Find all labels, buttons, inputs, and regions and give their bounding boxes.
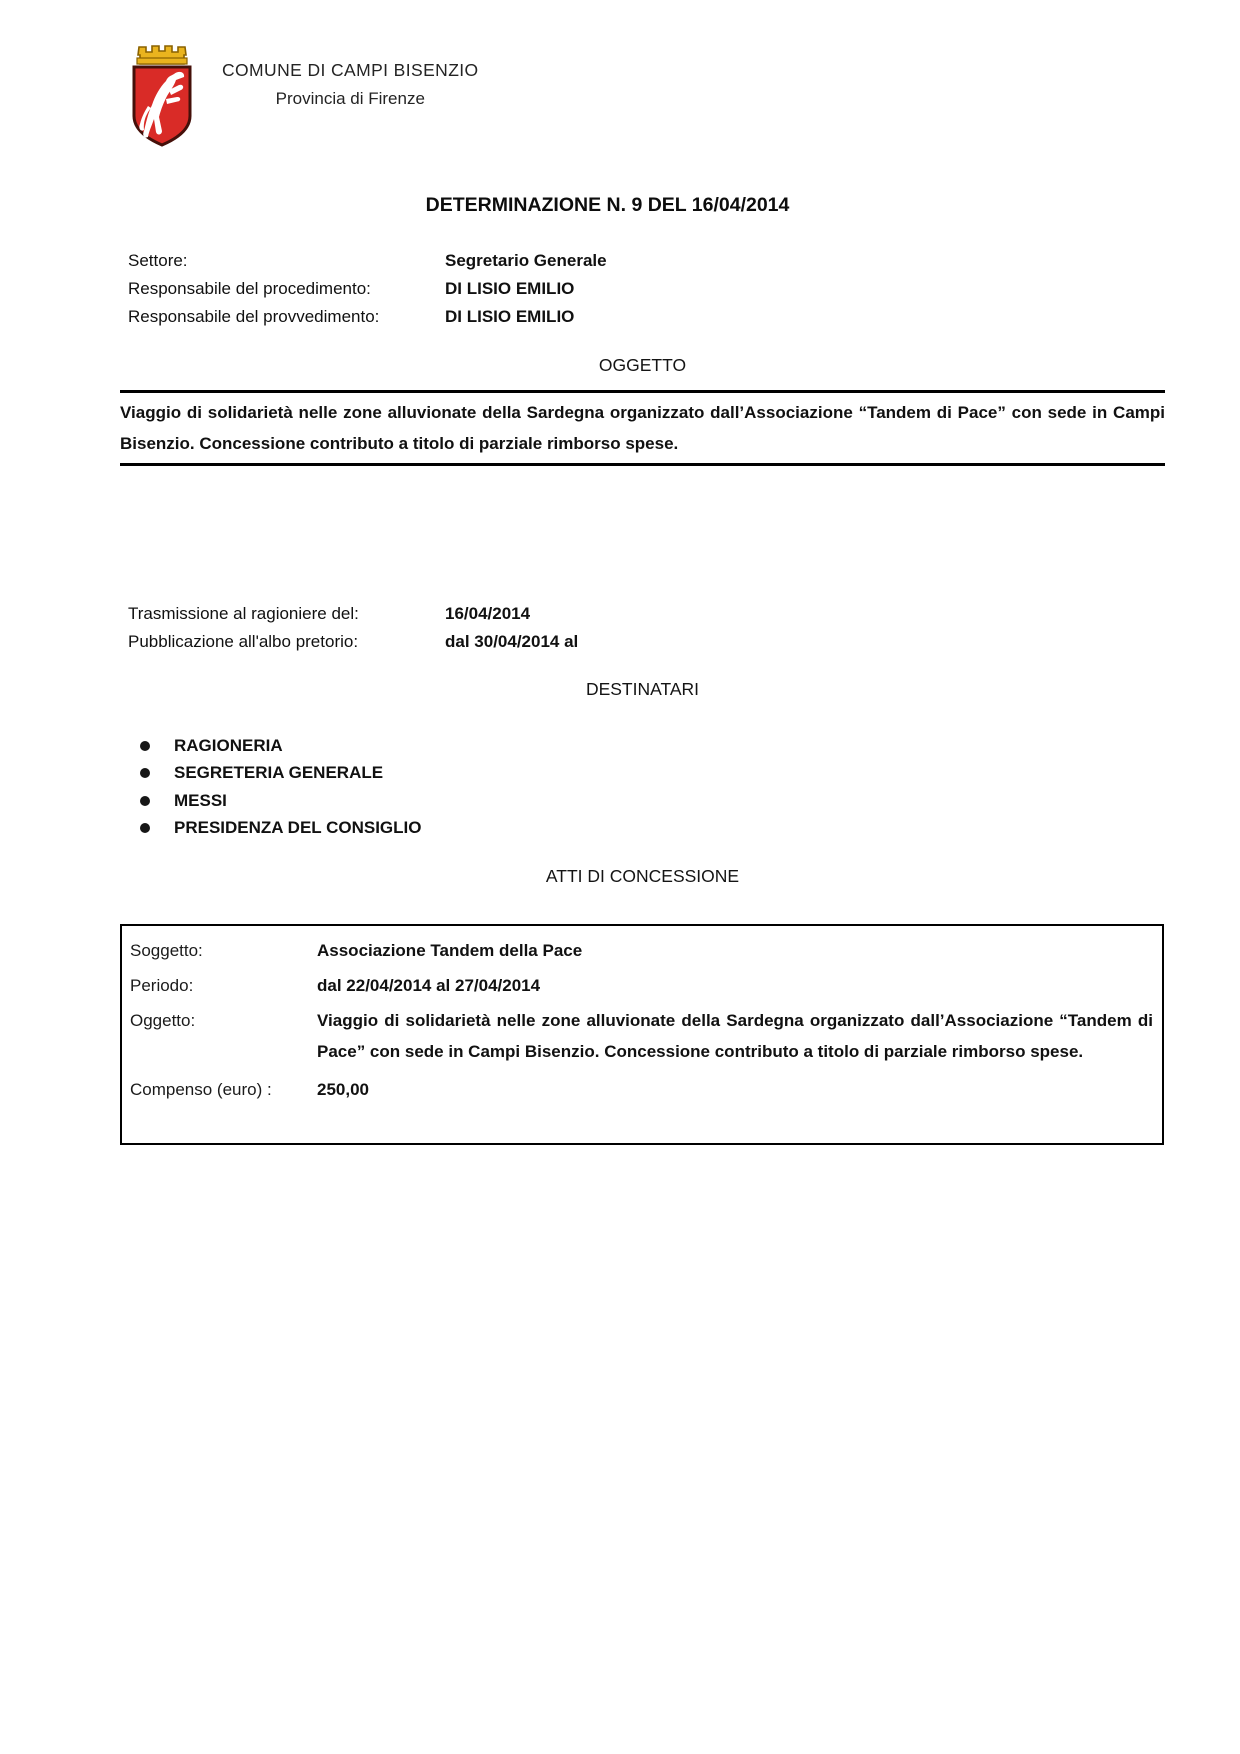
- field-label: Responsabile del procedimento:: [128, 275, 445, 303]
- table-row-value: 250,00: [317, 1078, 1153, 1102]
- field-row-resp-provvedimento: Responsabile del provvedimento: DI LISIO…: [128, 303, 607, 331]
- bullet-icon: [140, 823, 150, 833]
- field-value: DI LISIO EMILIO: [445, 303, 574, 331]
- org-subtitle: Provincia di Firenze: [222, 89, 479, 109]
- document-title: DETERMINAZIONE N. 9 DEL 16/04/2014: [85, 194, 1130, 217]
- bullet-icon: [140, 741, 150, 751]
- document-page: COMUNE DI CAMPI BISENZIO Provincia di Fi…: [0, 0, 1240, 1754]
- field-row-settore: Settore: Segretario Generale: [128, 247, 607, 275]
- field-row-trasmissione: Trasmissione al ragioniere del: 16/04/20…: [128, 600, 578, 628]
- list-item: MESSI: [140, 787, 421, 815]
- field-label: Settore:: [128, 247, 445, 275]
- field-row-pubblicazione: Pubblicazione all'albo pretorio: dal 30/…: [128, 628, 578, 656]
- divider-bottom: [120, 463, 1165, 466]
- table-row-soggetto: Soggetto: Associazione Tandem della Pace: [130, 939, 1153, 963]
- table-row-value: Viaggio di solidarietà nelle zone alluvi…: [317, 1006, 1153, 1067]
- field-label: Pubblicazione all'albo pretorio:: [128, 628, 445, 656]
- list-item-label: MESSI: [174, 791, 227, 811]
- table-row-label: Periodo:: [130, 974, 317, 998]
- table-row-label: Compenso (euro) :: [130, 1078, 317, 1102]
- field-label: Trasmissione al ragioniere del:: [128, 600, 445, 628]
- table-row-periodo: Periodo: dal 22/04/2014 al 27/04/2014: [130, 974, 1153, 998]
- divider-top: [120, 390, 1165, 393]
- destinatari-heading: DESTINATARI: [120, 679, 1165, 700]
- table-row-value: dal 22/04/2014 al 27/04/2014: [317, 974, 1153, 998]
- table-row-label: Soggetto:: [130, 939, 317, 963]
- oggetto-heading: OGGETTO: [120, 355, 1165, 376]
- table-row-compenso: Compenso (euro) : 250,00: [130, 1078, 1153, 1102]
- list-item-label: RAGIONERIA: [174, 736, 283, 756]
- org-text-block: COMUNE DI CAMPI BISENZIO Provincia di Fi…: [222, 38, 479, 109]
- info-fields-block: Settore: Segretario Generale Responsabil…: [128, 247, 607, 331]
- table-row-value: Associazione Tandem della Pace: [317, 939, 1153, 963]
- oggetto-text: Viaggio di solidarietà nelle zone alluvi…: [120, 397, 1165, 459]
- org-name: COMUNE DI CAMPI BISENZIO: [222, 60, 479, 81]
- field-value: DI LISIO EMILIO: [445, 275, 574, 303]
- coat-of-arms-svg: [118, 38, 206, 150]
- list-item: PRESIDENZA DEL CONSIGLIO: [140, 815, 421, 843]
- list-item-label: PRESIDENZA DEL CONSIGLIO: [174, 818, 421, 838]
- list-item: SEGRETERIA GENERALE: [140, 760, 421, 788]
- list-item: RAGIONERIA: [140, 732, 421, 760]
- list-item-label: SEGRETERIA GENERALE: [174, 763, 383, 783]
- coat-of-arms-icon: [118, 38, 206, 150]
- field-row-resp-procedimento: Responsabile del procedimento: DI LISIO …: [128, 275, 607, 303]
- field-value: 16/04/2014: [445, 600, 530, 628]
- field-label: Responsabile del provvedimento:: [128, 303, 445, 331]
- destinatari-list: RAGIONERIA SEGRETERIA GENERALE MESSI PRE…: [140, 732, 421, 842]
- atti-heading: ATTI DI CONCESSIONE: [120, 866, 1165, 887]
- bullet-icon: [140, 768, 150, 778]
- org-header: COMUNE DI CAMPI BISENZIO Provincia di Fi…: [118, 38, 479, 150]
- table-row-oggetto: Oggetto: Viaggio di solidarietà nelle zo…: [130, 1009, 1153, 1067]
- bullet-icon: [140, 796, 150, 806]
- crown-band: [137, 58, 187, 64]
- transmission-fields-block: Trasmissione al ragioniere del: 16/04/20…: [128, 600, 578, 656]
- atti-concessione-table: Soggetto: Associazione Tandem della Pace…: [120, 924, 1164, 1145]
- table-row-label: Oggetto:: [130, 1009, 317, 1067]
- field-value: dal 30/04/2014 al: [445, 628, 578, 656]
- field-value: Segretario Generale: [445, 247, 607, 275]
